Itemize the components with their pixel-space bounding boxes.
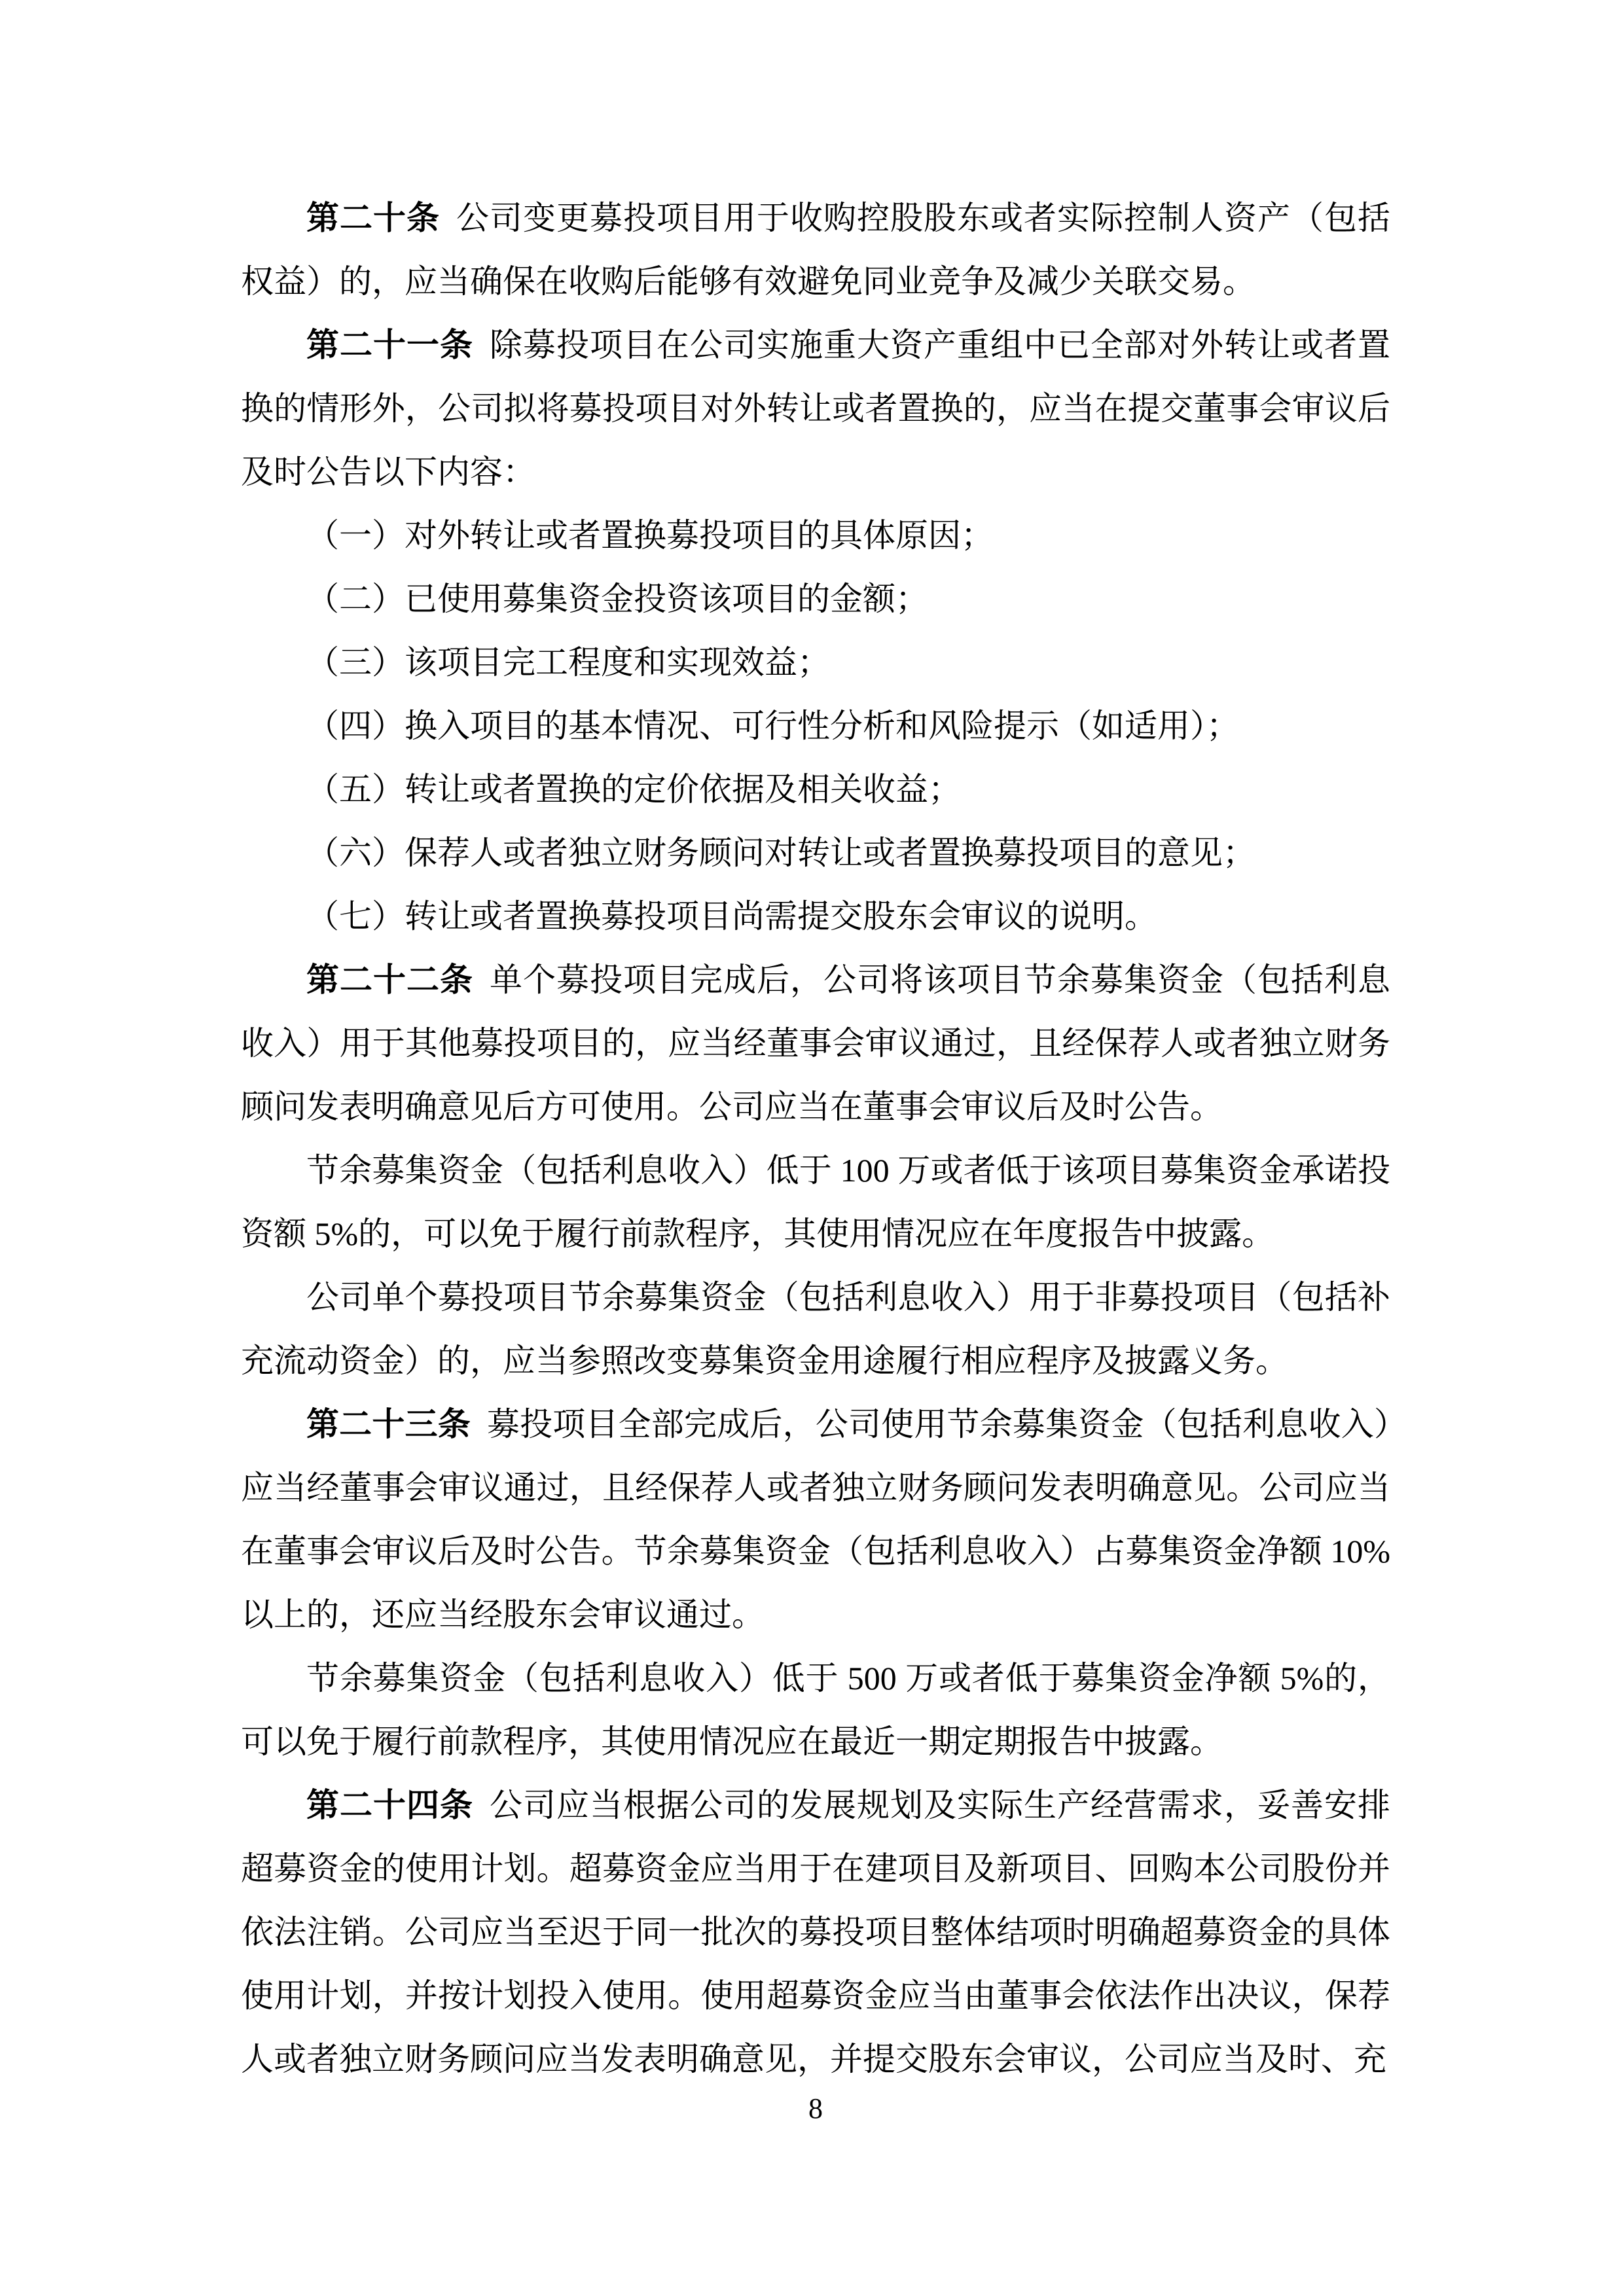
paragraph-text: 节余募集资金（包括利息收入）低于 500 万或者低于募集资金净额 5%的，可以免… [241,1660,1390,1760]
body-paragraph: （六）保荐人或者独立财务顾问对转让或者置换募投项目的意见； [241,821,1390,885]
body-paragraph: 节余募集资金（包括利息收入）低于 500 万或者低于募集资金净额 5%的，可以免… [241,1647,1390,1774]
page-footer: 8 [241,2089,1390,2128]
body-paragraph: （三）该项目完工程度和实现效益； [241,631,1390,694]
article-paragraph: 第二十四条公司应当根据公司的发展规划及实际生产经营需求，妥善安排超募资金的使用计… [241,1774,1390,2091]
article-number-label: 第二十四条 [306,1787,473,1823]
article-number-label: 第二十二条 [306,961,473,998]
page-number: 8 [808,2092,823,2125]
paragraph-text: （四）换入项目的基本情况、可行性分析和风险提示（如适用）； [306,708,1239,744]
paragraph-text: （一）对外转让或者置换募投项目的具体原因； [306,517,994,554]
body-paragraph: 公司单个募投项目节余募集资金（包括利息收入）用于非募投项目（包括补充流动资金）的… [241,1266,1390,1393]
paragraph-text: （七）转让或者置换募投项目尚需提交股东会审议的说明。 [306,898,1157,935]
article-paragraph: 第二十三条募投项目全部完成后，公司使用节余募集资金（包括利息收入）应当经董事会审… [241,1393,1390,1647]
paragraph-text: （六）保荐人或者独立财务顾问对转让或者置换募投项目的意见； [306,834,1255,871]
article-number-label: 第二十一条 [306,327,473,363]
paragraph-text: 公司应当根据公司的发展规划及实际生产经营需求，妥善安排超募资金的使用计划。超募资… [241,1787,1390,2077]
body-paragraph: 节余募集资金（包括利息收入）低于 100 万或者低于该项目募集资金承诺投资额 5… [241,1139,1390,1266]
article-paragraph: 第二十条公司变更募投项目用于收购控股股东或者实际控制人资产（包括权益）的，应当确… [241,187,1390,314]
paragraph-text: （五）转让或者置换的定价依据及相关收益； [306,771,961,808]
body-paragraph: （一）对外转让或者置换募投项目的具体原因； [241,504,1390,567]
paragraph-text: 公司单个募投项目节余募集资金（包括利息收入）用于非募投项目（包括补充流动资金）的… [241,1279,1390,1379]
body-paragraph: （二）已使用募集资金投资该项目的金额； [241,567,1390,631]
article-paragraph: 第二十一条除募投项目在公司实施重大资产重组中已全部对外转让或者置换的情形外，公司… [241,314,1390,504]
article-number-label: 第二十三条 [306,1406,471,1443]
article-paragraph: 第二十二条单个募投项目完成后，公司将该项目节余募集资金（包括利息收入）用于其他募… [241,948,1390,1139]
body-paragraph: （五）转让或者置换的定价依据及相关收益； [241,758,1390,821]
document-sheet: 第二十条公司变更募投项目用于收购控股股东或者实际控制人资产（包括权益）的，应当确… [0,0,1624,2296]
paragraph-text: （二）已使用募集资金投资该项目的金额； [306,581,928,617]
body-paragraph: （四）换入项目的基本情况、可行性分析和风险提示（如适用）； [241,694,1390,758]
paragraph-text: 节余募集资金（包括利息收入）低于 100 万或者低于该项目募集资金承诺投资额 5… [241,1152,1390,1252]
paragraph-text: （三）该项目完工程度和实现效益； [306,644,830,681]
document-body: 第二十条公司变更募投项目用于收购控股股东或者实际控制人资产（包括权益）的，应当确… [241,187,1390,2091]
document-page-background: { "page": { "background_color": "#ffffff… [0,0,1624,2296]
body-paragraph: （七）转让或者置换募投项目尚需提交股东会审议的说明。 [241,885,1390,948]
article-number-label: 第二十条 [306,200,440,236]
